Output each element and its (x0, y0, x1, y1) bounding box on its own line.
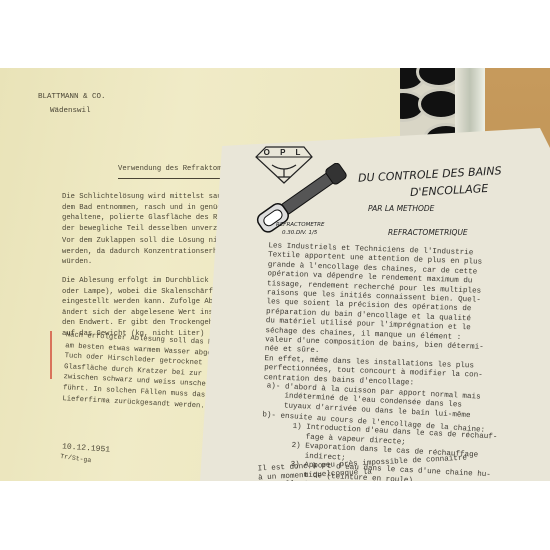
instrument-spec: 0.30.DIV. 1/5 (282, 230, 317, 236)
company-city: Wädenswil (50, 106, 91, 117)
opl-body: Les Industriels et Techniciens de l'Indu… (264, 242, 488, 391)
paragraph: Die Ablesung erfolgt im Durchblick oder … (62, 276, 213, 340)
svg-text:O P L: O P L (264, 148, 305, 157)
method-line2: REFRACTOMETRIQUE (388, 228, 468, 237)
company-name: BLATTMANN & CO. (38, 92, 106, 103)
document-photo: BLATTMANN & CO. Wädenswil Verwendung des… (0, 68, 550, 481)
red-mark (50, 331, 52, 379)
instrument-name: REFRACTOMETRE (276, 222, 324, 228)
paragraph: Nach erfolgter Ablesung soll das R am be… (62, 330, 212, 412)
method-line1: PAR LA METHODE (368, 204, 434, 213)
paragraph: Die Schlichtelösung wird mittelst sau de… (62, 192, 222, 234)
paragraph: Vor dem Zuklappen soll die Lösung ni wer… (62, 236, 217, 268)
title-line2: D'ENCOLLAGE (410, 182, 489, 199)
